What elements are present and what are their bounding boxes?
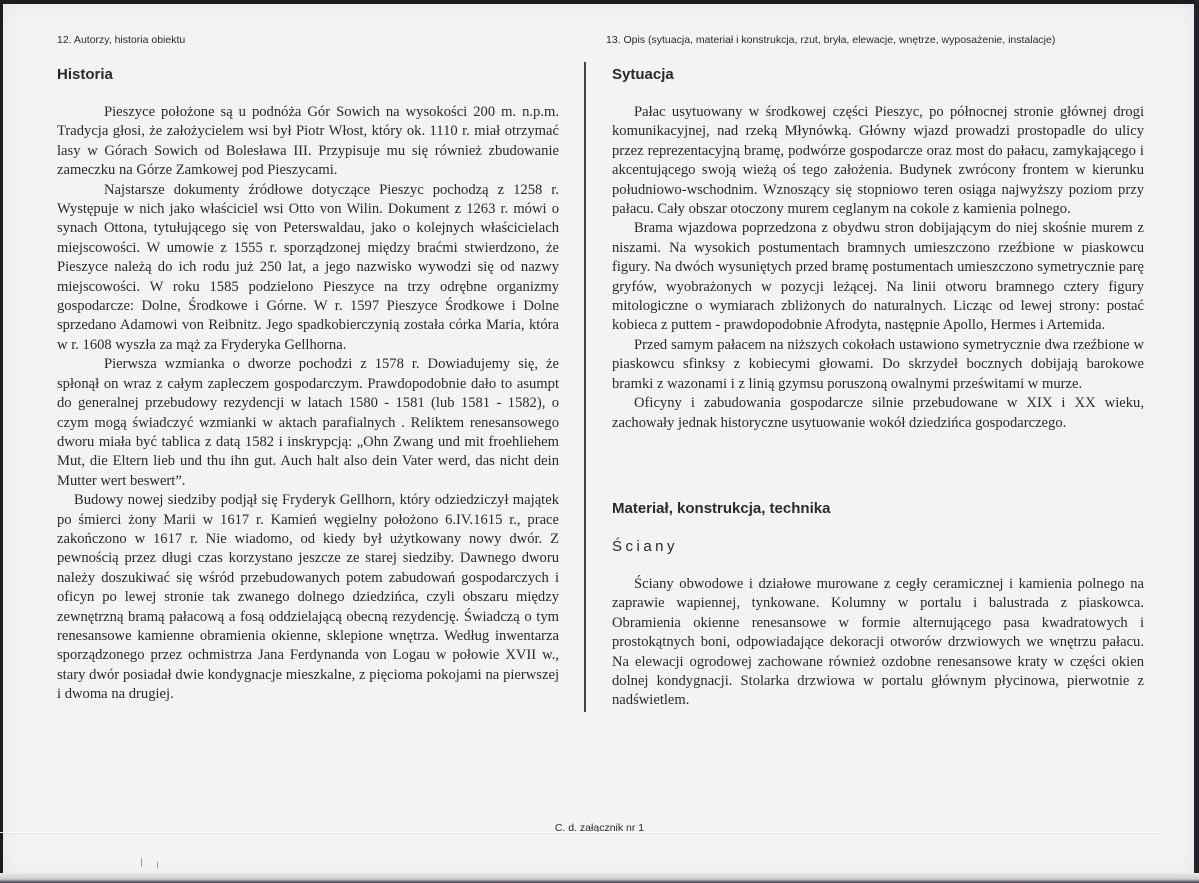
history-paragraph: Pierwsza wzmianka o dworze pochodzi z 15… bbox=[57, 355, 559, 491]
heading-history: Historia bbox=[57, 66, 113, 83]
history-paragraph: Pieszyce położone są u podnóża Gór Sowic… bbox=[57, 103, 559, 181]
scan-edge bbox=[1194, 0, 1199, 883]
situation-paragraph: Oficyny i zabudowania gospodarcze silnie… bbox=[612, 394, 1144, 433]
subheading-walls: Ściany bbox=[612, 538, 678, 555]
walls-paragraph: Ściany obwodowe i działowe murowane z ce… bbox=[612, 575, 1144, 711]
scan-bottom-edge bbox=[0, 873, 1199, 883]
section-label-history: 12. Autorzy, historia obiektu bbox=[57, 34, 185, 46]
situation-paragraph: Pałac usytuowany w środkowej części Pies… bbox=[612, 103, 1144, 219]
history-text: Pieszyce położone są u podnóża Gór Sowic… bbox=[57, 103, 559, 705]
fold-line bbox=[0, 832, 1160, 833]
situation-text: Pałac usytuowany w środkowej części Pies… bbox=[612, 103, 1144, 433]
situation-paragraph: Brama wjazdowa poprzedzona z obydwu stro… bbox=[612, 219, 1144, 335]
walls-text: Ściany obwodowe i działowe murowane z ce… bbox=[612, 575, 1144, 711]
section-label-description: 13. Opis (sytuacja, materiał i konstrukc… bbox=[606, 34, 1055, 46]
column-divider bbox=[584, 62, 586, 712]
history-paragraph: Najstarsze dokumenty źródłowe dotyczące … bbox=[57, 181, 559, 356]
scan-mark bbox=[157, 862, 158, 868]
heading-situation: Sytuacja bbox=[612, 66, 674, 83]
situation-paragraph: Przed samym pałacem na niższych cokołach… bbox=[612, 336, 1144, 394]
scan-mark bbox=[141, 858, 142, 867]
history-paragraph: Budowy nowej siedziby podjął się Frydery… bbox=[57, 491, 559, 704]
heading-material: Materiał, konstrukcja, technika bbox=[612, 500, 830, 517]
